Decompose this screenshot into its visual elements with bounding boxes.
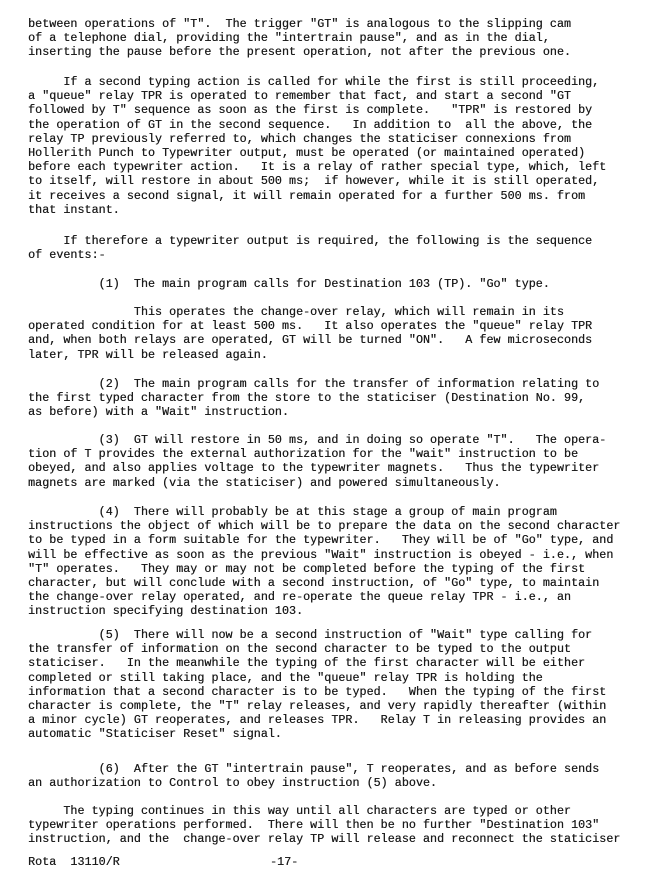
text-line: later, TPR will be released again. <box>28 348 638 362</box>
text-line: (5) There will now be a second instructi… <box>28 628 638 642</box>
text-line: character, but will conclude with a seco… <box>28 576 638 590</box>
text-line: If a second typing action is called for … <box>28 75 638 89</box>
text-line: the first typed character from the store… <box>28 391 638 405</box>
text-line: operated condition for at least 500 ms. … <box>28 319 638 333</box>
text-line: instruction specifying destination 103. <box>28 604 638 618</box>
text-line: it receives a second signal, it will rem… <box>28 189 638 203</box>
text-line: staticiser. In the meanwhile the typing … <box>28 656 638 670</box>
text-line: "T" operates. They may or may not be com… <box>28 562 638 576</box>
step-1-detail: This operates the change-over relay, whi… <box>28 305 638 362</box>
text-line: information that a second character is t… <box>28 685 638 699</box>
text-line: magnets are marked (via the staticiser) … <box>28 476 638 490</box>
paragraph-intertrain-pause: between operations of "T". The trigger "… <box>28 17 638 60</box>
step-1: (1) The main program calls for Destinati… <box>28 277 638 291</box>
text-line: instructions the object of which will be… <box>28 519 638 533</box>
text-line: to be typed in a form suitable for the t… <box>28 533 638 547</box>
text-line: and, when both relays are operated, GT w… <box>28 333 638 347</box>
step-6: (6) After the GT "intertrain pause", T r… <box>28 762 638 790</box>
text-line: the operation of GT in the second sequen… <box>28 118 638 132</box>
text-line: of events:- <box>28 248 638 262</box>
text-line: (4) There will probably be at this stage… <box>28 505 638 519</box>
text-line: typewriter operations performed. There w… <box>28 818 638 832</box>
text-line: before each typewriter action. It is a r… <box>28 160 638 174</box>
paragraph-typing-continues: The typing continues in this way until a… <box>28 804 638 847</box>
text-line: will be effective as soon as the previou… <box>28 548 638 562</box>
paragraph-queue-relay: If a second typing action is called for … <box>28 75 638 217</box>
step-3: (3) GT will restore in 50 ms, and in doi… <box>28 433 638 490</box>
text-line: If therefore a typewriter output is requ… <box>28 234 638 248</box>
text-line: the change-over relay operated, and re-o… <box>28 590 638 604</box>
text-line: to itself, will restore in about 500 ms;… <box>28 174 638 188</box>
text-line: between operations of "T". The trigger "… <box>28 17 638 31</box>
text-line: instruction, and the change-over relay T… <box>28 832 638 846</box>
step-5: (5) There will now be a second instructi… <box>28 628 638 742</box>
paragraph-sequence-intro: If therefore a typewriter output is requ… <box>28 234 638 262</box>
text-line: followed by T" sequence as soon as the f… <box>28 103 638 117</box>
step-4: (4) There will probably be at this stage… <box>28 505 638 619</box>
text-line: of a telephone dial, providing the "inte… <box>28 31 638 45</box>
text-line: (3) GT will restore in 50 ms, and in doi… <box>28 433 638 447</box>
document-reference: Rota 13110/R <box>28 855 120 869</box>
text-line: (2) The main program calls for the trans… <box>28 377 638 391</box>
document-page: between operations of "T". The trigger "… <box>0 0 650 888</box>
text-line: relay TP previously referred to, which c… <box>28 132 638 146</box>
text-line: an authorization to Control to obey inst… <box>28 776 638 790</box>
text-line: completed or still taking place, and the… <box>28 671 638 685</box>
text-line: as before) with a "Wait" instruction. <box>28 405 638 419</box>
text-line: that instant. <box>28 203 638 217</box>
text-line: Hollerith Punch to Typewriter output, mu… <box>28 146 638 160</box>
text-line: The typing continues in this way until a… <box>28 804 638 818</box>
text-line: character is complete, the "T" relay rel… <box>28 699 638 713</box>
text-line: (1) The main program calls for Destinati… <box>28 277 638 291</box>
text-line: This operates the change-over relay, whi… <box>28 305 638 319</box>
text-line: the transfer of information on the secon… <box>28 642 638 656</box>
text-line: (6) After the GT "intertrain pause", T r… <box>28 762 638 776</box>
text-line: a minor cycle) GT reoperates, and releas… <box>28 713 638 727</box>
text-line: automatic "Staticiser Reset" signal. <box>28 727 638 741</box>
text-line: obeyed, and also applies voltage to the … <box>28 461 638 475</box>
text-line: tion of T provides the external authoriz… <box>28 447 638 461</box>
page-number: -17- <box>270 855 298 869</box>
text-line: inserting the pause before the present o… <box>28 45 638 59</box>
text-line: a "queue" relay TPR is operated to remem… <box>28 89 638 103</box>
step-2: (2) The main program calls for the trans… <box>28 377 638 420</box>
